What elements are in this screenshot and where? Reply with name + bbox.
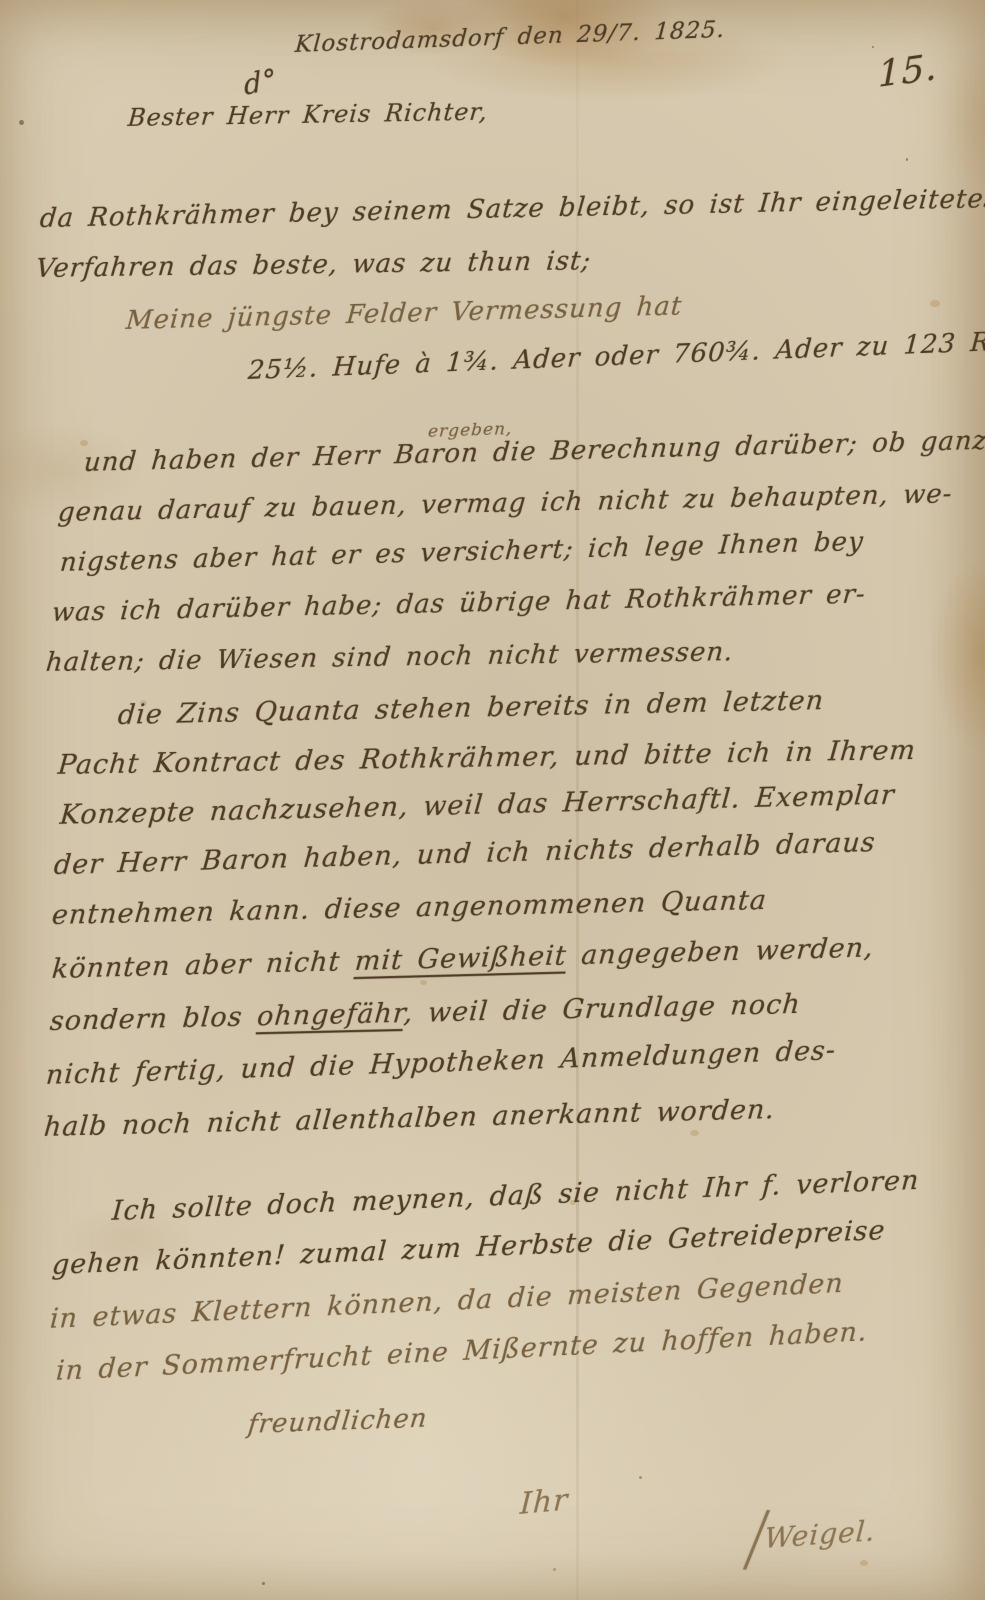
page-number: 15.: [878, 49, 938, 94]
paragraph-line: was ich darüber habe; das übrige hat Rot…: [51, 582, 867, 627]
line-segment: sondern blos: [49, 1001, 259, 1037]
line-segment: , weil die Grundlage noch: [403, 989, 802, 1029]
survey-intro-line: Meine jüngste Felder Vermessung hat: [125, 293, 683, 334]
ink-speck: [19, 120, 24, 125]
paragraph-line: entnehmen kann. diese angenommenen Quant…: [51, 887, 768, 929]
paragraph-line: da Rothkrähmer bey seinem Satze bleibt, …: [39, 186, 985, 232]
paragraph-line: Ich sollte doch meynen, daß sie nicht Ih…: [111, 1167, 920, 1225]
paragraph-line: die Zins Quanta stehen bereits in dem le…: [117, 687, 825, 729]
paragraph-line: Konzepte nachzusehen, weil das Herrschaf…: [59, 782, 896, 829]
paragraph-line: gehen könnten! zumal zum Herbste die Get…: [51, 1217, 886, 1279]
paragraph-line: nicht fertig, und die Hypotheken Anmeldu…: [45, 1037, 837, 1089]
paragraph-line: halten; die Wiesen sind noch nicht verme…: [45, 639, 735, 676]
letter-page: Klostrodamsdorf den 29/7. 1825. 15. d° B…: [0, 0, 985, 1600]
closing-line: freundlichen: [247, 1406, 429, 1438]
survey-figures-line: 25½. Hufe à 1¾. Ader oder 760¾. Ader zu …: [247, 328, 985, 384]
salutation-line: Bester Herr Kreis Richter,: [127, 100, 489, 130]
foxing-spot: [930, 300, 940, 307]
dateline: Klostrodamsdorf den 29/7. 1825.: [294, 19, 726, 57]
line-segment: könnten aber nicht: [51, 946, 356, 985]
paragraph-line: nigstens aber hat er es versichert; ich …: [59, 529, 865, 576]
paragraph-line: und haben der Herr Baron die Berechnung …: [83, 428, 985, 476]
underlined-phrase: mit Gewißheit: [354, 940, 568, 977]
foxing-spot: [80, 440, 88, 446]
ink-speck: [553, 1568, 556, 1571]
ink-speck: [906, 158, 908, 161]
ink-speck: [639, 1476, 642, 1479]
paragraph-line-underlined-ohngefaehr: sondern blos ohngefähr, weil die Grundla…: [49, 991, 802, 1035]
signature: Weigel.: [763, 1514, 876, 1555]
underlined-phrase: ohngefähr: [256, 998, 405, 1032]
paragraph-line: Pacht Kontract des Rothkrähmer, und bitt…: [57, 737, 917, 779]
paragraph-line-underlined-gewissheit: könnten aber nicht mit Gewißheit angegeb…: [51, 934, 875, 983]
insertion-mark: d°: [243, 65, 278, 100]
ink-speck: [872, 46, 874, 48]
paragraph-line: halb noch nicht allenthalben anerkannt w…: [43, 1096, 776, 1141]
foxing-spot: [860, 1560, 868, 1566]
paragraph-line: genau darauf zu bauen, vermag ich nicht …: [57, 481, 954, 526]
ink-speck: [262, 1582, 265, 1585]
foxing-spot: [690, 1130, 699, 1136]
paragraph-line: der Herr Baron haben, und ich nichts der…: [53, 829, 877, 879]
signature-line: /Weigel.: [751, 1517, 876, 1554]
valediction: Ihr: [519, 1486, 569, 1520]
foxing-spot: [420, 980, 427, 985]
paragraph-line: Verfahren das beste, was zu thun ist;: [35, 248, 593, 282]
line-segment: angegeben werden,: [565, 932, 874, 971]
